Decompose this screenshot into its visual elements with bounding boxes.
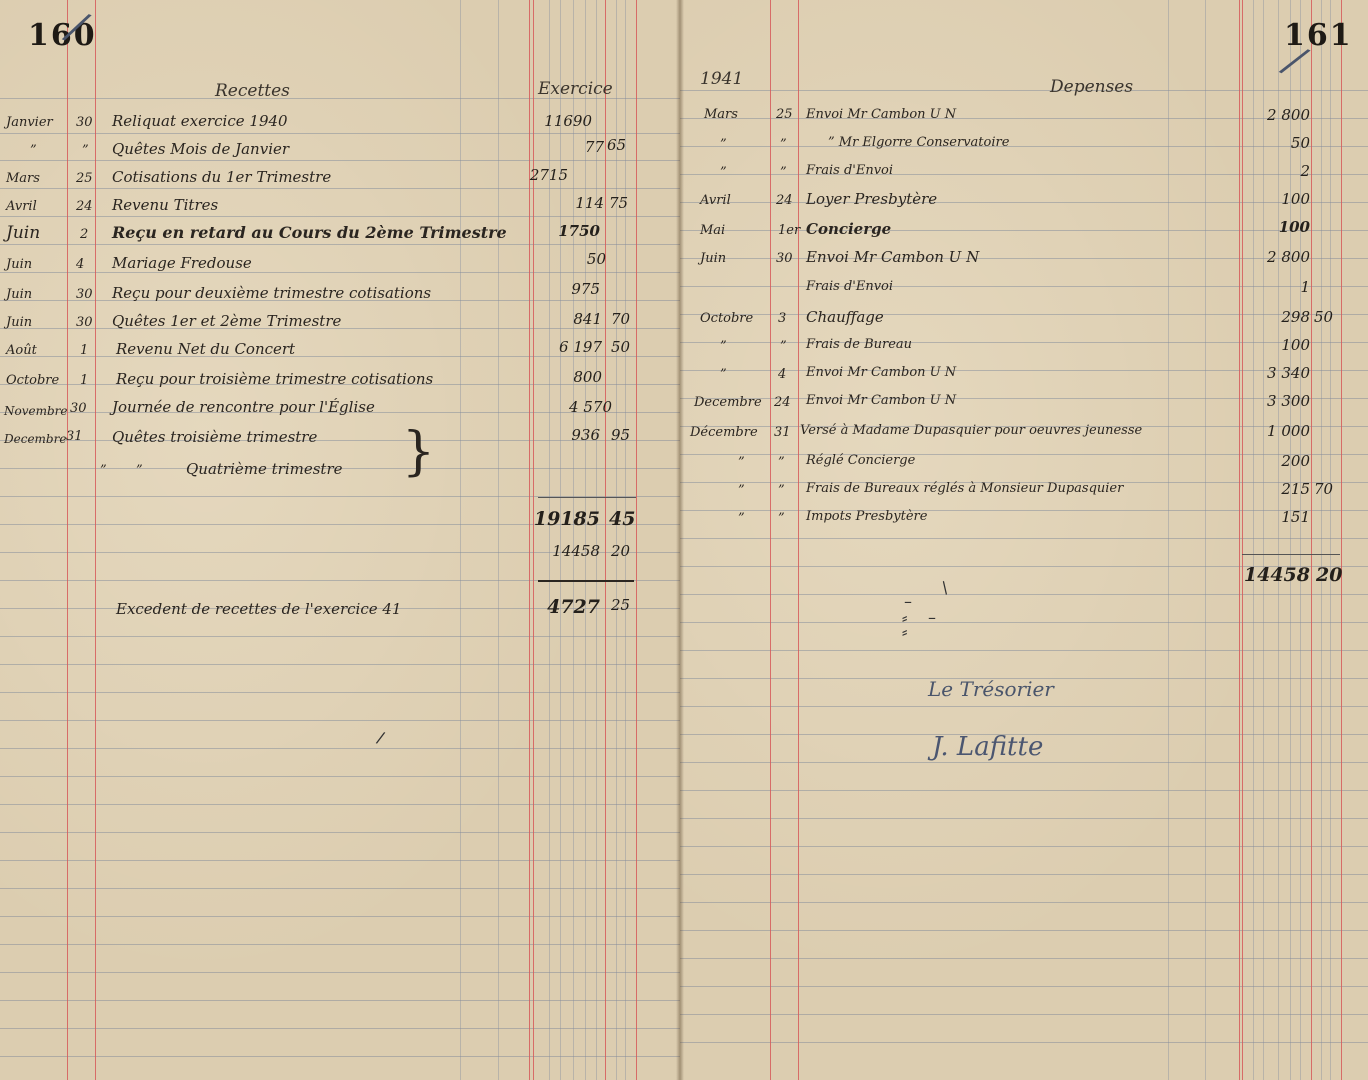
book-gutter (676, 0, 684, 1080)
page-number: 160 (28, 18, 97, 53)
treasurer-signature: J. Lafitte (932, 732, 1043, 762)
subtraction-rule (538, 580, 634, 582)
column-title-exercice: Exercice (538, 80, 613, 98)
column-title-depenses: Depenses (1050, 78, 1133, 96)
pencil-check-mark: / (1285, 50, 1305, 72)
pencil-mark: / (375, 728, 387, 748)
brace-bracket: } (402, 426, 435, 478)
treasurer-title: Le Trésorier (928, 680, 1054, 698)
column-title-recettes: Recettes (215, 82, 290, 100)
year-label: 1941 (700, 70, 743, 88)
ledger-page-right: 161 / 1941 Depenses Mars 25 Envoi Mr Cam… (680, 0, 1368, 1080)
ledger-page-left: 160 / Recettes Exercice Janvier 30 Reliq… (0, 0, 680, 1080)
total-rule (538, 497, 636, 498)
total-rule (1242, 554, 1340, 555)
